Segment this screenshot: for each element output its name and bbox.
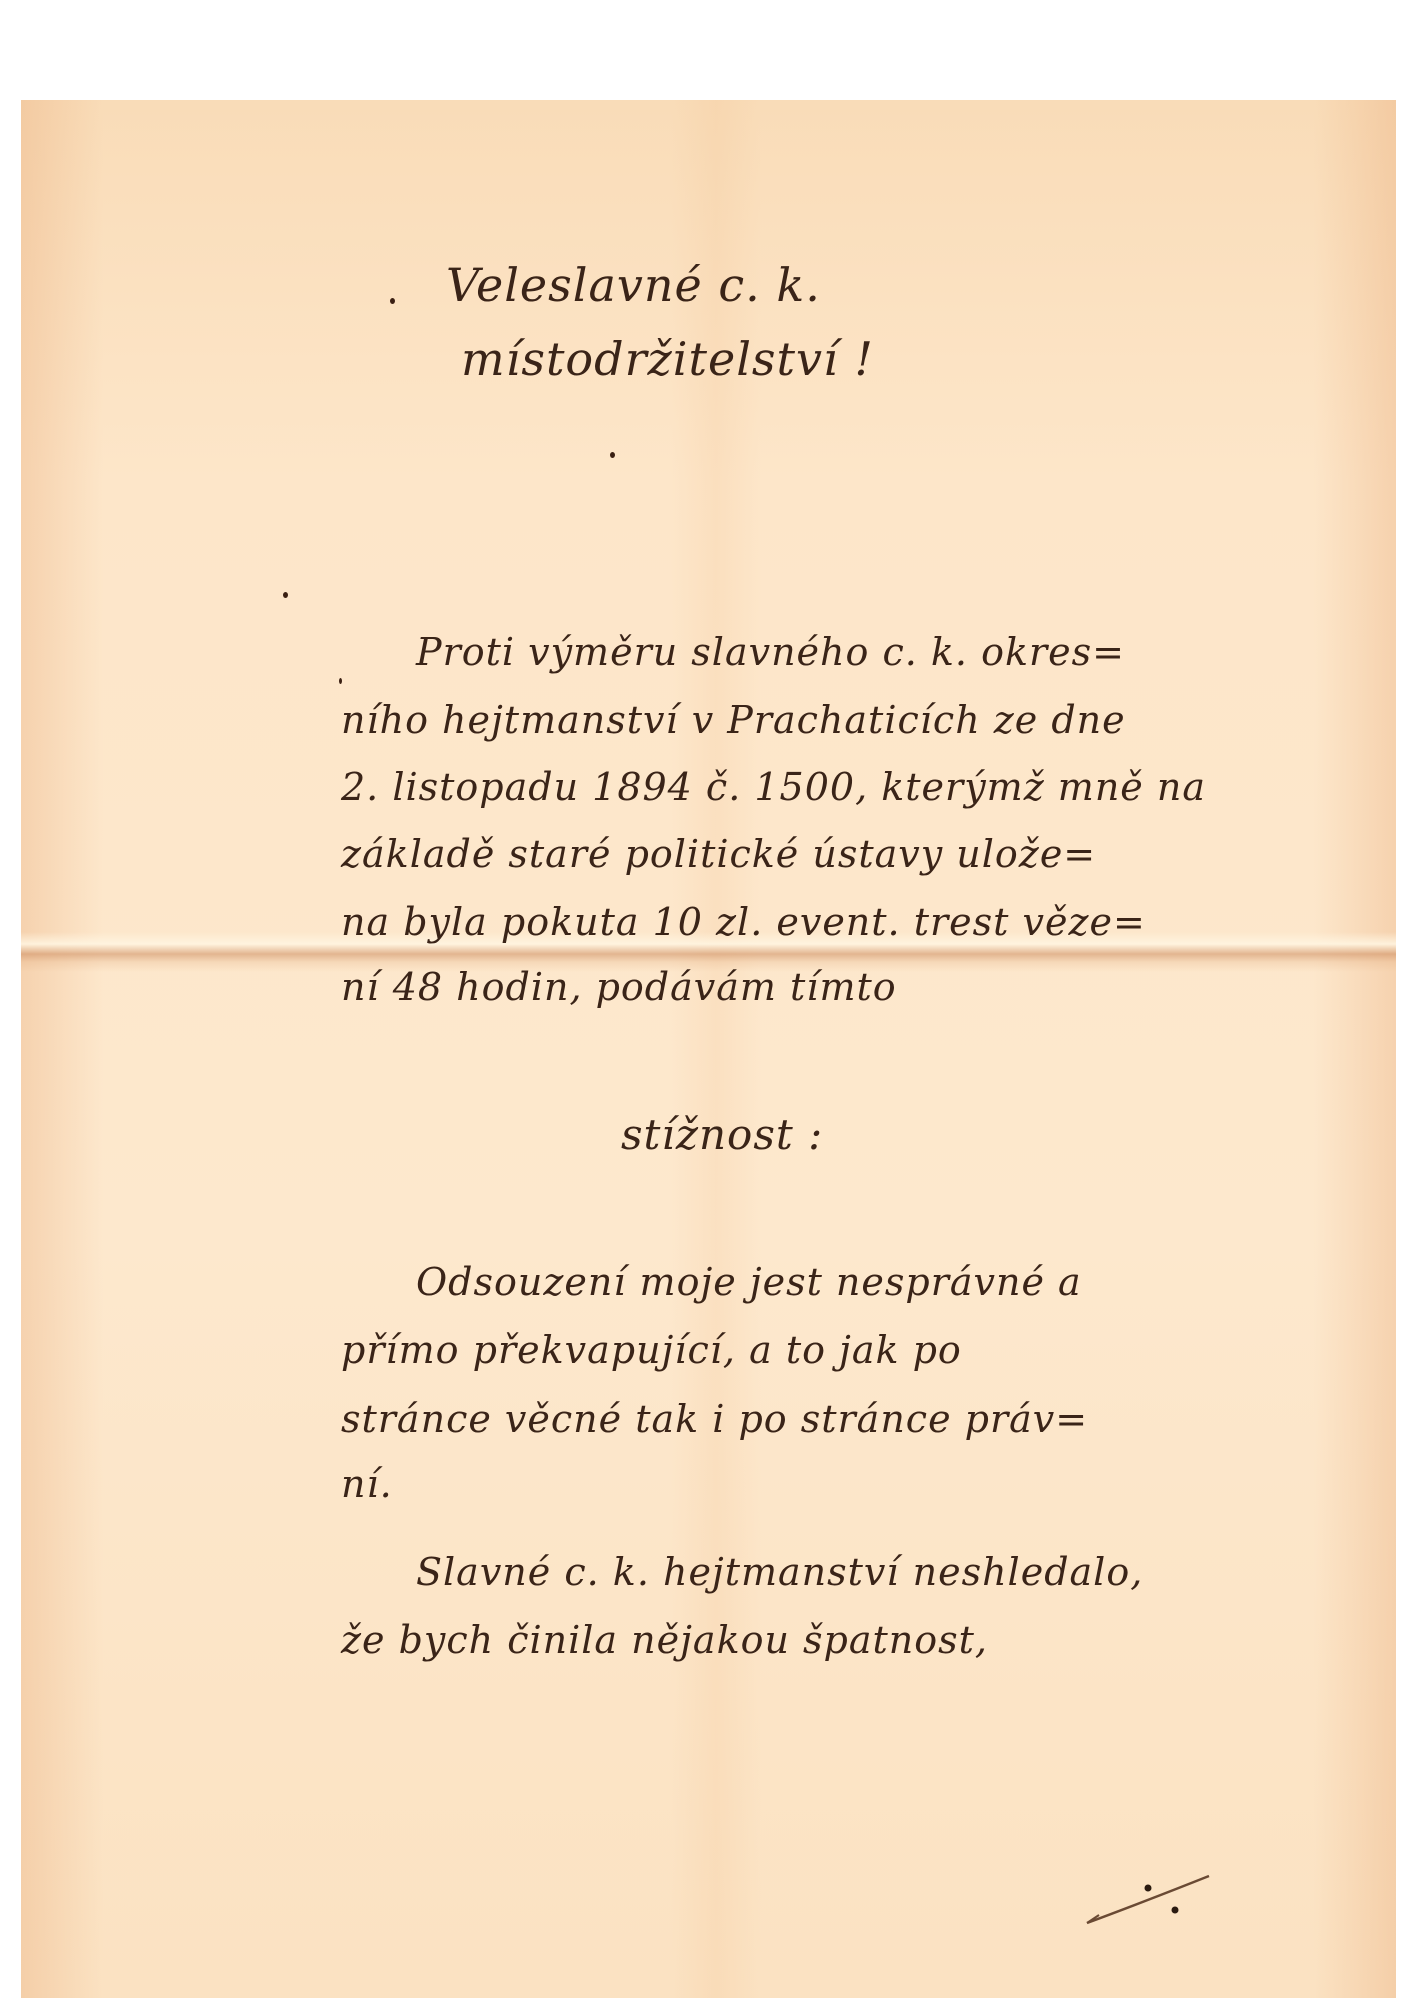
paper-sheet: Veleslavné c. k. místodržitelství ! Prot… [21, 100, 1396, 1998]
ink-speck [339, 678, 342, 684]
paragraph1-line: Proti výměru slavného c. k. okres= [416, 630, 1125, 674]
paragraph3-line: Slavné c. k. hejtmanství neshledalo, [416, 1550, 1143, 1594]
paragraph2-line: ní. [341, 1462, 393, 1506]
ink-speck [610, 452, 615, 458]
paragraph1-line: na byla pokuta 10 zl. event. trest věze= [341, 900, 1146, 944]
paragraph1-line: 2. listopadu 1894 č. 1500, kterýmž mně n… [341, 765, 1206, 809]
paragraph1-line: ního hejtmanství v Prachaticích ze dne [341, 698, 1126, 742]
paragraph1-line: základě staré politické ústavy ulože= [341, 832, 1096, 876]
ink-speck [390, 298, 395, 304]
section-title: stížnost : [621, 1110, 823, 1159]
paragraph2-line: stránce věcné tak i po stránce práv= [341, 1397, 1088, 1441]
continuation-mark-icon [1081, 1858, 1221, 1938]
heading-line-1: Veleslavné c. k. [446, 258, 821, 312]
paragraph1-line: ní 48 hodin, podávám tímto [341, 965, 897, 1009]
paragraph3-line: že bych činila nějakou špatnost, [341, 1618, 988, 1662]
heading-line-2: místodržitelství ! [461, 332, 874, 386]
paragraph2-line: přímo překvapující, a to jak po [341, 1328, 962, 1372]
ink-speck [283, 592, 288, 598]
paragraph2-line: Odsouzení moje jest nesprávné a [416, 1260, 1082, 1304]
